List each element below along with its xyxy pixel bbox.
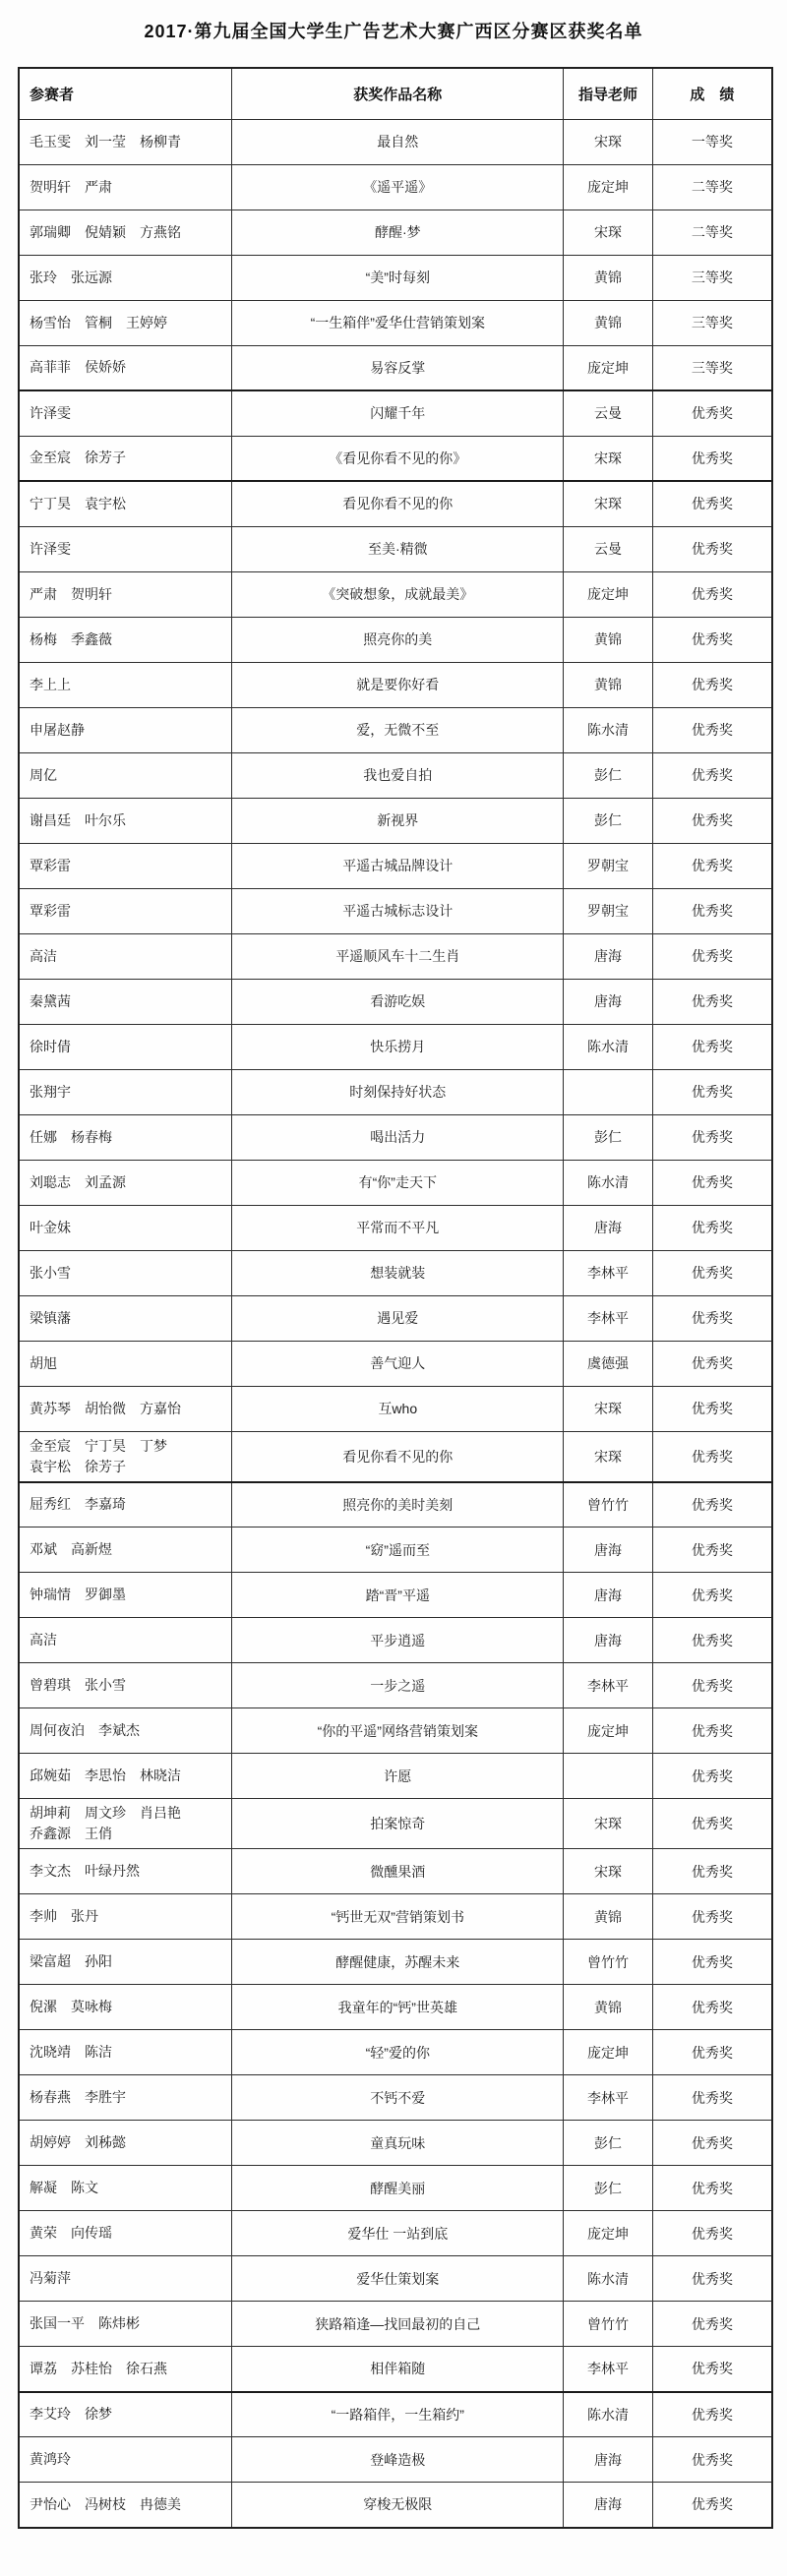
participants-cell: 严肃 贺明轩 — [19, 571, 232, 617]
participants-cell: 覃彩雷 — [19, 843, 232, 888]
participants-cell: 周亿 — [19, 752, 232, 798]
award-cell: 优秀奖 — [652, 707, 772, 752]
award-cell: 优秀奖 — [652, 1024, 772, 1069]
teacher-cell: 庞定坤 — [564, 164, 652, 210]
award-cell: 优秀奖 — [652, 2211, 772, 2256]
participants-cell: 刘聪志 刘孟源 — [19, 1160, 232, 1205]
teacher-cell: 李林平 — [564, 1250, 652, 1295]
participants-cell: 屈秀红 李嘉琦 — [19, 1482, 232, 1528]
teacher-cell: 唐海 — [564, 1618, 652, 1663]
work-title-cell: 狭路箱逢—找回最初的自己 — [232, 2302, 564, 2347]
work-title-cell: 拍案惊奇 — [232, 1799, 564, 1849]
table-row: 李上上 就是要你好看 黄锦 优秀奖 — [19, 662, 772, 707]
participants-cell: 任娜 杨春梅 — [19, 1114, 232, 1160]
teacher-cell: 庞定坤 — [564, 2030, 652, 2075]
award-cell: 二等奖 — [652, 210, 772, 255]
teacher-cell: 唐海 — [564, 933, 652, 979]
teacher-cell: 唐海 — [564, 1528, 652, 1573]
participants-cell: 谭荔 苏桂怡 徐石燕 — [19, 2347, 232, 2392]
teacher-cell: 陈水清 — [564, 707, 652, 752]
participants-cell: 徐时倩 — [19, 1024, 232, 1069]
participants-cell: 胡婷婷 刘秭懿 — [19, 2121, 232, 2166]
participants-cell: 周何夜泊 李斌杰 — [19, 1708, 232, 1754]
participants-cell: 郭瑞卿 倪婧颖 方燕铭 — [19, 210, 232, 255]
table-row: 邓斌 高新煜 “窈”遥而至 唐海 优秀奖 — [19, 1528, 772, 1573]
award-cell: 优秀奖 — [652, 1431, 772, 1482]
work-title-cell: 相伴箱随 — [232, 2347, 564, 2392]
teacher-cell: 陈水清 — [564, 1024, 652, 1069]
award-cell: 三等奖 — [652, 300, 772, 345]
participants-cell: 申屠赵静 — [19, 707, 232, 752]
work-title-cell: 平遥古城品牌设计 — [232, 843, 564, 888]
work-title-cell: 照亮你的美 — [232, 617, 564, 662]
participants-cell: 高洁 — [19, 1618, 232, 1663]
table-body: 毛玉雯 刘一莹 杨柳青 最自然 宋琛 一等奖 贺明轩 严肃 《遥平遥》 庞定坤 … — [19, 119, 772, 2528]
work-title-cell: “窈”遥而至 — [232, 1528, 564, 1573]
award-cell: 优秀奖 — [652, 1528, 772, 1573]
teacher-cell: 唐海 — [564, 979, 652, 1024]
table-row: 张小雪 想装就装 李林平 优秀奖 — [19, 1250, 772, 1295]
table-row: 张翔宇 时刻保持好状态 优秀奖 — [19, 1069, 772, 1114]
participants-cell: 高菲菲 侯娇娇 — [19, 345, 232, 390]
work-title-cell: 就是要你好看 — [232, 662, 564, 707]
teacher-cell: 彭仁 — [564, 2121, 652, 2166]
award-cell: 优秀奖 — [652, 752, 772, 798]
col-header-participants: 参赛者 — [19, 68, 232, 119]
work-title-cell: 照亮你的美时美刻 — [232, 1482, 564, 1528]
participants-cell: 金至宸 宁丁昊 丁梦 袁宇松 徐芳子 — [19, 1431, 232, 1482]
teacher-cell: 陈水清 — [564, 1160, 652, 1205]
work-title-cell: 爱华仕策划案 — [232, 2256, 564, 2302]
award-cell: 优秀奖 — [652, 1663, 772, 1708]
award-cell: 优秀奖 — [652, 2121, 772, 2166]
participants-cell: 谢昌廷 叶尔乐 — [19, 798, 232, 843]
award-cell: 优秀奖 — [652, 1894, 772, 1940]
teacher-cell: 曾竹竹 — [564, 2302, 652, 2347]
teacher-cell: 唐海 — [564, 1205, 652, 1250]
award-cell: 优秀奖 — [652, 436, 772, 481]
award-cell: 优秀奖 — [652, 617, 772, 662]
teacher-cell: 黄锦 — [564, 1985, 652, 2030]
participants-cell: 宁丁昊 袁宇松 — [19, 481, 232, 526]
table-row: 李艾玲 徐梦 “一路箱伴，一生箱约” 陈水清 优秀奖 — [19, 2392, 772, 2437]
work-title-cell: 酵醒·梦 — [232, 210, 564, 255]
table-row: 张玲 张远源 “美”时每刻 黄锦 三等奖 — [19, 255, 772, 300]
table-row: 谭荔 苏桂怡 徐石燕 相伴箱随 李林平 优秀奖 — [19, 2347, 772, 2392]
award-cell: 二等奖 — [652, 164, 772, 210]
table-row: 刘聪志 刘孟源 有“你”走天下 陈水清 优秀奖 — [19, 1160, 772, 1205]
participants-cell: 张小雪 — [19, 1250, 232, 1295]
col-header-teacher: 指导老师 — [564, 68, 652, 119]
work-title-cell: 看游吃娱 — [232, 979, 564, 1024]
table-row: 尹怡心 冯树枝 冉德美 穿梭无极限 唐海 优秀奖 — [19, 2483, 772, 2528]
table-row: 谢昌廷 叶尔乐 新视界 彭仁 优秀奖 — [19, 798, 772, 843]
teacher-cell: 李林平 — [564, 2075, 652, 2121]
table-row: 严肃 贺明轩 《突破想象，成就最美》 庞定坤 优秀奖 — [19, 571, 772, 617]
table-row: 胡旭 善气迎人 虞德强 优秀奖 — [19, 1341, 772, 1386]
table-row: 宁丁昊 袁宇松 看见你看不见的你 宋琛 优秀奖 — [19, 481, 772, 526]
work-title-cell: 看见你看不见的你 — [232, 1431, 564, 1482]
table-row: 毛玉雯 刘一莹 杨柳青 最自然 宋琛 一等奖 — [19, 119, 772, 164]
teacher-cell: 李林平 — [564, 1295, 652, 1341]
teacher-cell: 彭仁 — [564, 752, 652, 798]
table-row: 梁富超 孙阳 酵醒健康，苏醒未来 曾竹竹 优秀奖 — [19, 1940, 772, 1985]
participants-cell: 梁富超 孙阳 — [19, 1940, 232, 1985]
award-cell: 优秀奖 — [652, 2347, 772, 2392]
teacher-cell: 宋琛 — [564, 436, 652, 481]
participants-cell: 梁镇藩 — [19, 1295, 232, 1341]
participants-cell: 秦黛茜 — [19, 979, 232, 1024]
award-cell: 优秀奖 — [652, 2392, 772, 2437]
work-title-cell: 踏“晋”平遥 — [232, 1573, 564, 1618]
award-cell: 三等奖 — [652, 255, 772, 300]
award-cell: 优秀奖 — [652, 2256, 772, 2302]
participants-cell: 杨梅 季鑫薇 — [19, 617, 232, 662]
award-cell: 优秀奖 — [652, 571, 772, 617]
award-cell: 优秀奖 — [652, 1341, 772, 1386]
table-row: 杨雪怡 管桐 王婷婷 “一生箱伴”爱华仕营销策划案 黄锦 三等奖 — [19, 300, 772, 345]
award-cell: 一等奖 — [652, 119, 772, 164]
work-title-cell: 有“你”走天下 — [232, 1160, 564, 1205]
table-row: 黄鸿玲 登峰造极 唐海 优秀奖 — [19, 2437, 772, 2483]
table-row: 邱婉茹 李思怡 林晓洁 许愿 优秀奖 — [19, 1754, 772, 1799]
award-cell: 优秀奖 — [652, 1573, 772, 1618]
work-title-cell: 《看见你看不见的你》 — [232, 436, 564, 481]
work-title-cell: 不钙不爱 — [232, 2075, 564, 2121]
table-row: 张国一平 陈炜彬 狭路箱逢—找回最初的自己 曾竹竹 优秀奖 — [19, 2302, 772, 2347]
award-cell: 优秀奖 — [652, 1849, 772, 1894]
table-row: 覃彩雷 平遥古城标志设计 罗朝宝 优秀奖 — [19, 888, 772, 933]
teacher-cell: 黄锦 — [564, 662, 652, 707]
work-title-cell: 平步逍遥 — [232, 1618, 564, 1663]
work-title-cell: 酵醒健康，苏醒未来 — [232, 1940, 564, 1985]
award-cell: 优秀奖 — [652, 798, 772, 843]
page-title: 2017·第九届全国大学生广告艺术大赛广西区分赛区获奖名单 — [0, 18, 787, 43]
work-title-cell: 快乐捞月 — [232, 1024, 564, 1069]
award-cell: 优秀奖 — [652, 1708, 772, 1754]
table-row: 冯菊萍 爱华仕策划案 陈水清 优秀奖 — [19, 2256, 772, 2302]
work-title-cell: 登峰造极 — [232, 2437, 564, 2483]
participants-cell: 冯菊萍 — [19, 2256, 232, 2302]
table-row: 许泽雯 闪耀千年 云曼 优秀奖 — [19, 390, 772, 436]
award-cell: 优秀奖 — [652, 1618, 772, 1663]
award-cell: 优秀奖 — [652, 2483, 772, 2528]
participants-cell: 李文杰 叶绿丹然 — [19, 1849, 232, 1894]
table-row: 胡婷婷 刘秭懿 童真玩味 彭仁 优秀奖 — [19, 2121, 772, 2166]
table-header: 参赛者 获奖作品名称 指导老师 成 绩 — [19, 68, 772, 119]
col-header-award: 成 绩 — [652, 68, 772, 119]
award-cell: 优秀奖 — [652, 1114, 772, 1160]
table-row: 梁镇藩 遇见爱 李林平 优秀奖 — [19, 1295, 772, 1341]
table-row: 曾碧琪 张小雪 一步之遥 李林平 优秀奖 — [19, 1663, 772, 1708]
participants-cell: 胡坤莉 周文珍 肖吕艳 乔鑫源 王俏 — [19, 1799, 232, 1849]
teacher-cell: 宋琛 — [564, 481, 652, 526]
work-title-cell: 微醺果酒 — [232, 1849, 564, 1894]
award-cell: 优秀奖 — [652, 1482, 772, 1528]
header-row: 参赛者 获奖作品名称 指导老师 成 绩 — [19, 68, 772, 119]
teacher-cell: 庞定坤 — [564, 1708, 652, 1754]
teacher-cell: 宋琛 — [564, 210, 652, 255]
work-title-cell: 平遥顺风车十二生肖 — [232, 933, 564, 979]
participants-cell: 张国一平 陈炜彬 — [19, 2302, 232, 2347]
teacher-cell: 唐海 — [564, 2437, 652, 2483]
table-row: 贺明轩 严肃 《遥平遥》 庞定坤 二等奖 — [19, 164, 772, 210]
participants-cell: 毛玉雯 刘一莹 杨柳青 — [19, 119, 232, 164]
award-cell: 优秀奖 — [652, 2302, 772, 2347]
work-title-cell: “你的平遥”网络营销策划案 — [232, 1708, 564, 1754]
award-cell: 优秀奖 — [652, 662, 772, 707]
table-row: 李帅 张丹 “钙世无双”营销策划书 黄锦 优秀奖 — [19, 1894, 772, 1940]
work-title-cell: “一路箱伴，一生箱约” — [232, 2392, 564, 2437]
table-row: 高洁 平遥顺风车十二生肖 唐海 优秀奖 — [19, 933, 772, 979]
participants-cell: 金至宸 徐芳子 — [19, 436, 232, 481]
teacher-cell: 罗朝宝 — [564, 843, 652, 888]
teacher-cell: 宋琛 — [564, 1849, 652, 1894]
work-title-cell: 时刻保持好状态 — [232, 1069, 564, 1114]
participants-cell: 胡旭 — [19, 1341, 232, 1386]
participants-cell: 解凝 陈文 — [19, 2166, 232, 2211]
teacher-cell: 唐海 — [564, 1573, 652, 1618]
work-title-cell: 善气迎人 — [232, 1341, 564, 1386]
award-cell: 优秀奖 — [652, 979, 772, 1024]
work-title-cell: 我也爱自拍 — [232, 752, 564, 798]
participants-cell: 覃彩雷 — [19, 888, 232, 933]
work-title-cell: 《遥平遥》 — [232, 164, 564, 210]
teacher-cell: 宋琛 — [564, 119, 652, 164]
participants-cell: 黄荣 向传瑶 — [19, 2211, 232, 2256]
participants-cell: 许泽雯 — [19, 390, 232, 436]
award-cell: 优秀奖 — [652, 2075, 772, 2121]
table-row: 钟瑞情 罗御墨 踏“晋”平遥 唐海 优秀奖 — [19, 1573, 772, 1618]
table-row: 金至宸 宁丁昊 丁梦 袁宇松 徐芳子 看见你看不见的你 宋琛 优秀奖 — [19, 1431, 772, 1482]
award-cell: 优秀奖 — [652, 1799, 772, 1849]
awards-table: 参赛者 获奖作品名称 指导老师 成 绩 毛玉雯 刘一莹 杨柳青 最自然 宋琛 一… — [18, 67, 773, 2529]
table-row: 周亿 我也爱自拍 彭仁 优秀奖 — [19, 752, 772, 798]
award-cell: 优秀奖 — [652, 481, 772, 526]
award-cell: 优秀奖 — [652, 843, 772, 888]
table-row: 解凝 陈文 酵醒美丽 彭仁 优秀奖 — [19, 2166, 772, 2211]
participants-cell: 黄鸿玲 — [19, 2437, 232, 2483]
teacher-cell: 庞定坤 — [564, 345, 652, 390]
award-cell: 优秀奖 — [652, 1160, 772, 1205]
teacher-cell: 黄锦 — [564, 1894, 652, 1940]
participants-cell: 邓斌 高新煜 — [19, 1528, 232, 1573]
participants-cell: 许泽雯 — [19, 526, 232, 571]
participants-cell: 邱婉茹 李思怡 林晓洁 — [19, 1754, 232, 1799]
teacher-cell: 陈水清 — [564, 2256, 652, 2302]
work-title-cell: 酵醒美丽 — [232, 2166, 564, 2211]
work-title-cell: 喝出活力 — [232, 1114, 564, 1160]
teacher-cell: 宋琛 — [564, 1431, 652, 1482]
work-title-cell: “钙世无双”营销策划书 — [232, 1894, 564, 1940]
table-row: 杨梅 季鑫薇 照亮你的美 黄锦 优秀奖 — [19, 617, 772, 662]
table-row: 杨春燕 李胜宇 不钙不爱 李林平 优秀奖 — [19, 2075, 772, 2121]
award-cell: 优秀奖 — [652, 526, 772, 571]
work-title-cell: 看见你看不见的你 — [232, 481, 564, 526]
table-row: 黄荣 向传瑶 爱华仕 一站到底 庞定坤 优秀奖 — [19, 2211, 772, 2256]
table-row: 高洁 平步逍遥 唐海 优秀奖 — [19, 1618, 772, 1663]
work-title-cell: 我童年的“钙”世英雄 — [232, 1985, 564, 2030]
award-cell: 优秀奖 — [652, 1940, 772, 1985]
table-row: 李文杰 叶绿丹然 微醺果酒 宋琛 优秀奖 — [19, 1849, 772, 1894]
table-row: 屈秀红 李嘉琦 照亮你的美时美刻 曾竹竹 优秀奖 — [19, 1482, 772, 1528]
work-title-cell: 许愿 — [232, 1754, 564, 1799]
work-title-cell: 童真玩味 — [232, 2121, 564, 2166]
table-row: 任娜 杨春梅 喝出活力 彭仁 优秀奖 — [19, 1114, 772, 1160]
teacher-cell: 李林平 — [564, 2347, 652, 2392]
table-row: 沈晓靖 陈洁 “轻”爱的你 庞定坤 优秀奖 — [19, 2030, 772, 2075]
work-title-cell: 一步之遥 — [232, 1663, 564, 1708]
teacher-cell — [564, 1069, 652, 1114]
document-page: 2017·第九届全国大学生广告艺术大赛广西区分赛区获奖名单 参赛者 获奖作品名称… — [0, 0, 787, 2576]
award-cell: 优秀奖 — [652, 933, 772, 979]
table-row: 许泽雯 至美·精微 云曼 优秀奖 — [19, 526, 772, 571]
teacher-cell: 宋琛 — [564, 1799, 652, 1849]
table-row: 徐时倩 快乐捞月 陈水清 优秀奖 — [19, 1024, 772, 1069]
teacher-cell: 虞德强 — [564, 1341, 652, 1386]
award-cell: 优秀奖 — [652, 1985, 772, 2030]
work-title-cell: 穿梭无极限 — [232, 2483, 564, 2528]
participants-cell: 贺明轩 严肃 — [19, 164, 232, 210]
table-row: 高菲菲 侯娇娇 易容反掌 庞定坤 三等奖 — [19, 345, 772, 390]
participants-cell: 钟瑞情 罗御墨 — [19, 1573, 232, 1618]
participants-cell: 杨春燕 李胜宇 — [19, 2075, 232, 2121]
work-title-cell: 新视界 — [232, 798, 564, 843]
teacher-cell: 陈水清 — [564, 2392, 652, 2437]
teacher-cell: 黄锦 — [564, 300, 652, 345]
work-title-cell: 爱，无微不至 — [232, 707, 564, 752]
participants-cell: 沈晓靖 陈洁 — [19, 2030, 232, 2075]
work-title-cell: 想装就装 — [232, 1250, 564, 1295]
table-row: 申屠赵静 爱，无微不至 陈水清 优秀奖 — [19, 707, 772, 752]
award-cell: 优秀奖 — [652, 2437, 772, 2483]
participants-cell: 黄苏琴 胡怡微 方嘉怡 — [19, 1386, 232, 1431]
teacher-cell: 罗朝宝 — [564, 888, 652, 933]
participants-cell: 倪漯 莫咏梅 — [19, 1985, 232, 2030]
award-cell: 优秀奖 — [652, 1069, 772, 1114]
teacher-cell: 云曼 — [564, 526, 652, 571]
award-cell: 优秀奖 — [652, 2166, 772, 2211]
table-row: 胡坤莉 周文珍 肖吕艳 乔鑫源 王俏 拍案惊奇 宋琛 优秀奖 — [19, 1799, 772, 1849]
award-cell: 优秀奖 — [652, 390, 772, 436]
teacher-cell: 云曼 — [564, 390, 652, 436]
table-row: 金至宸 徐芳子 《看见你看不见的你》 宋琛 优秀奖 — [19, 436, 772, 481]
work-title-cell: 互who — [232, 1386, 564, 1431]
participants-cell: 杨雪怡 管桐 王婷婷 — [19, 300, 232, 345]
teacher-cell: 黄锦 — [564, 617, 652, 662]
award-cell: 优秀奖 — [652, 1295, 772, 1341]
participants-cell: 高洁 — [19, 933, 232, 979]
teacher-cell: 彭仁 — [564, 798, 652, 843]
award-cell: 优秀奖 — [652, 1250, 772, 1295]
participants-cell: 李帅 张丹 — [19, 1894, 232, 1940]
teacher-cell: 李林平 — [564, 1663, 652, 1708]
participants-cell: 李艾玲 徐梦 — [19, 2392, 232, 2437]
table-row: 周何夜泊 李斌杰 “你的平遥”网络营销策划案 庞定坤 优秀奖 — [19, 1708, 772, 1754]
table-row: 秦黛茜 看游吃娱 唐海 优秀奖 — [19, 979, 772, 1024]
award-cell: 优秀奖 — [652, 1754, 772, 1799]
teacher-cell: 庞定坤 — [564, 2211, 652, 2256]
teacher-cell: 彭仁 — [564, 2166, 652, 2211]
col-header-work-title: 获奖作品名称 — [232, 68, 564, 119]
teacher-cell: 庞定坤 — [564, 571, 652, 617]
work-title-cell: “一生箱伴”爱华仕营销策划案 — [232, 300, 564, 345]
work-title-cell: “轻”爱的你 — [232, 2030, 564, 2075]
award-cell: 三等奖 — [652, 345, 772, 390]
work-title-cell: 《突破想象，成就最美》 — [232, 571, 564, 617]
teacher-cell: 黄锦 — [564, 255, 652, 300]
teacher-cell: 唐海 — [564, 2483, 652, 2528]
work-title-cell: “美”时每刻 — [232, 255, 564, 300]
award-cell: 优秀奖 — [652, 888, 772, 933]
table-row: 黄苏琴 胡怡微 方嘉怡 互who 宋琛 优秀奖 — [19, 1386, 772, 1431]
participants-cell: 曾碧琪 张小雪 — [19, 1663, 232, 1708]
work-title-cell: 最自然 — [232, 119, 564, 164]
award-cell: 优秀奖 — [652, 1386, 772, 1431]
teacher-cell — [564, 1754, 652, 1799]
award-cell: 优秀奖 — [652, 2030, 772, 2075]
table-row: 叶金妹 平常而不平凡 唐海 优秀奖 — [19, 1205, 772, 1250]
table-row: 倪漯 莫咏梅 我童年的“钙”世英雄 黄锦 优秀奖 — [19, 1985, 772, 2030]
work-title-cell: 至美·精微 — [232, 526, 564, 571]
teacher-cell: 宋琛 — [564, 1386, 652, 1431]
participants-cell: 尹怡心 冯树枝 冉德美 — [19, 2483, 232, 2528]
participants-cell: 张翔宇 — [19, 1069, 232, 1114]
work-title-cell: 平遥古城标志设计 — [232, 888, 564, 933]
table-row: 郭瑞卿 倪婧颖 方燕铭 酵醒·梦 宋琛 二等奖 — [19, 210, 772, 255]
table-row: 覃彩雷 平遥古城品牌设计 罗朝宝 优秀奖 — [19, 843, 772, 888]
work-title-cell: 爱华仕 一站到底 — [232, 2211, 564, 2256]
work-title-cell: 易容反掌 — [232, 345, 564, 390]
award-cell: 优秀奖 — [652, 1205, 772, 1250]
work-title-cell: 遇见爱 — [232, 1295, 564, 1341]
teacher-cell: 曾竹竹 — [564, 1940, 652, 1985]
work-title-cell: 平常而不平凡 — [232, 1205, 564, 1250]
teacher-cell: 彭仁 — [564, 1114, 652, 1160]
work-title-cell: 闪耀千年 — [232, 390, 564, 436]
participants-cell: 叶金妹 — [19, 1205, 232, 1250]
participants-cell: 李上上 — [19, 662, 232, 707]
teacher-cell: 曾竹竹 — [564, 1482, 652, 1528]
participants-cell: 张玲 张远源 — [19, 255, 232, 300]
